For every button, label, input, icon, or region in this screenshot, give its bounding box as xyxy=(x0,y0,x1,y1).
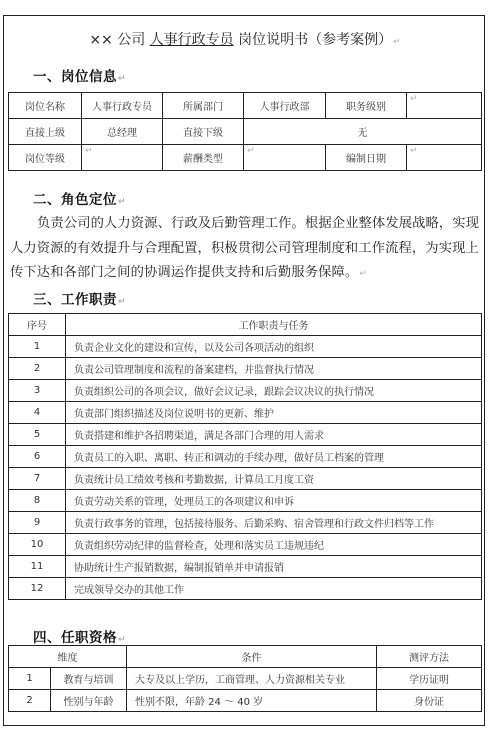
table-row: 12完成领导交办的其他工作 xyxy=(9,578,482,600)
row-number: 1 xyxy=(9,668,51,690)
paragraph-mark-icon: ↵ xyxy=(410,94,418,104)
table-row: 岗位等级 ↵ 薪酬类型 ↵ 编制日期 ↵ xyxy=(9,145,482,171)
row-number: 8 xyxy=(9,490,66,512)
section-heading-duties: 三、工作职责↵ xyxy=(33,288,126,308)
section-heading-job-info: 一、岗位信息↵ xyxy=(33,65,126,85)
condition-cell[interactable]: 大专及以上学历，工商管理、人力资源相关专业 xyxy=(127,668,377,690)
duty-text[interactable]: 负责劳动关系的管理，处理员工的各项建议和申诉 xyxy=(66,490,482,512)
column-header: 工作职责与任务 xyxy=(66,314,482,336)
value-cell-empty[interactable]: ↵ xyxy=(82,145,163,171)
table-row: 9负责行政事务的管理，包括接待服务、后勤采购、宿舍管理和行政文件归档等工作 xyxy=(9,512,482,534)
document-title: ×× 公司 人事行政专员 岗位说明书（参考案例）↵ xyxy=(0,29,490,49)
value-cell[interactable]: 人事行政部 xyxy=(244,93,326,119)
paragraph-mark-icon: ↵ xyxy=(85,146,93,156)
column-header: 测评方法 xyxy=(377,646,482,668)
label-cell: 直接上级 xyxy=(9,119,82,145)
paragraph-mark-icon: ↵ xyxy=(359,269,367,279)
duty-text[interactable]: 完成领导交办的其他工作 xyxy=(66,578,482,600)
row-number: 2 xyxy=(9,358,66,380)
label-cell: 薪酬类型 xyxy=(163,145,244,171)
label-cell: 编制日期 xyxy=(326,145,407,171)
value-cell[interactable]: 总经理 xyxy=(82,119,163,145)
table-row: 1负责企业文化的建设和宣传，以及公司各项活动的组织 xyxy=(9,336,482,358)
duty-text[interactable]: 负责员工的入职、离职、转正和调动的手续办理，做好员工档案的管理 xyxy=(66,446,482,468)
table-row: 8负责劳动关系的管理，处理员工的各项建议和申诉 xyxy=(9,490,482,512)
row-number: 1 xyxy=(9,336,66,358)
row-number: 4 xyxy=(9,402,66,424)
duty-text[interactable]: 负责部门组织描述及岗位说明书的更新、维护 xyxy=(66,402,482,424)
paragraph-mark-icon: ↵ xyxy=(247,146,255,156)
duty-text[interactable]: 负责企业文化的建设和宣传，以及公司各项活动的组织 xyxy=(66,336,482,358)
column-header: 维度 xyxy=(9,646,127,668)
title-role: 人事行政专员 xyxy=(150,32,234,48)
table-row: 4负责部门组织描述及岗位说明书的更新、维护 xyxy=(9,402,482,424)
table-row: 5负责搭建和维护各招聘渠道，满足各部门合理的用人需求 xyxy=(9,424,482,446)
duty-text[interactable]: 负责公司管理制度和流程的备案建档，并监督执行情况 xyxy=(66,358,482,380)
dimension-cell[interactable]: 性别与年龄 xyxy=(51,690,127,712)
table-row: 10负责组织劳动纪律的监督检查，处理和落实员工违规违纪 xyxy=(9,534,482,556)
table-header-row: 序号 工作职责与任务 xyxy=(9,314,482,336)
value-cell-empty[interactable]: ↵ xyxy=(244,145,326,171)
table-row: 1 教育与培训 大专及以上学历，工商管理、人力资源相关专业 学历证明 xyxy=(9,668,482,690)
column-header: 条件 xyxy=(127,646,377,668)
method-cell[interactable]: 身份证 xyxy=(377,690,482,712)
paragraph-mark-icon: ↵ xyxy=(393,37,401,47)
value-cell[interactable]: 无 xyxy=(244,119,482,145)
paragraph-mark-icon: ↵ xyxy=(118,74,126,84)
label-cell: 直接下级 xyxy=(163,119,244,145)
value-cell-empty[interactable]: ↵ xyxy=(407,145,482,171)
row-number: 6 xyxy=(9,446,66,468)
duty-text[interactable]: 负责搭建和维护各招聘渠道，满足各部门合理的用人需求 xyxy=(66,424,482,446)
label-cell: 岗位名称 xyxy=(9,93,82,119)
value-cell[interactable]: 人事行政专员 xyxy=(82,93,163,119)
paragraph-mark-icon: ↵ xyxy=(118,297,126,307)
table-row: 7负责统计员工绩效考核和考勤数据，计算员工月度工资 xyxy=(9,468,482,490)
label-cell: 所属部门 xyxy=(163,93,244,119)
paragraph-mark-icon: ↵ xyxy=(118,197,126,207)
row-number: 7 xyxy=(9,468,66,490)
section-heading-role: 二、角色定位↵ xyxy=(33,188,126,208)
row-number: 5 xyxy=(9,424,66,446)
row-number: 9 xyxy=(9,512,66,534)
method-cell[interactable]: 学历证明 xyxy=(377,668,482,690)
duty-text[interactable]: 协助统计生产报销数据，编制报销单并申请报销 xyxy=(66,556,482,578)
label-cell: 岗位等级 xyxy=(9,145,82,171)
row-number: 3 xyxy=(9,380,66,402)
table-row: 6负责员工的入职、离职、转正和调动的手续办理，做好员工档案的管理 xyxy=(9,446,482,468)
column-header: 序号 xyxy=(9,314,66,336)
table-row: 2负责公司管理制度和流程的备案建档，并监督执行情况 xyxy=(9,358,482,380)
table-row: 直接上级 总经理 直接下级 无 xyxy=(9,119,482,145)
duty-text[interactable]: 负责组织公司的各项会议，做好会议记录，跟踪会议决议的执行情况 xyxy=(66,380,482,402)
table-row: 11协助统计生产报销数据，编制报销单并申请报销 xyxy=(9,556,482,578)
job-info-table: 岗位名称 人事行政专员 所属部门 人事行政部 职务级别 ↵ 直接上级 总经理 直… xyxy=(8,92,482,171)
role-paragraph: 负责公司的人力资源、行政及后勤管理工作。根据企业整体发展战略，实现人力资源的有效… xyxy=(10,212,486,287)
label-cell: 职务级别 xyxy=(326,93,407,119)
paragraph-mark-icon: ↵ xyxy=(410,146,418,156)
duty-text[interactable]: 负责行政事务的管理，包括接待服务、后勤采购、宿舍管理和行政文件归档等工作 xyxy=(66,512,482,534)
row-number: 10 xyxy=(9,534,66,556)
row-number: 12 xyxy=(9,578,66,600)
duties-table: 序号 工作职责与任务 1负责企业文化的建设和宣传，以及公司各项活动的组织 2负责… xyxy=(8,313,482,600)
table-row: 2 性别与年龄 性别不限，年龄 24 ～ 40 岁 身份证 xyxy=(9,690,482,712)
table-header-row: 维度 条件 测评方法 xyxy=(9,646,482,668)
row-number: 11 xyxy=(9,556,66,578)
condition-cell[interactable]: 性别不限，年龄 24 ～ 40 岁 xyxy=(127,690,377,712)
duty-text[interactable]: 负责组织劳动纪律的监督检查，处理和落实员工违规违纪 xyxy=(66,534,482,556)
paragraph-mark-icon: ↵ xyxy=(118,635,126,645)
duty-text[interactable]: 负责统计员工绩效考核和考勤数据，计算员工月度工资 xyxy=(66,468,482,490)
table-row: 3负责组织公司的各项会议，做好会议记录，跟踪会议决议的执行情况 xyxy=(9,380,482,402)
section-heading-qualifications: 四、任职资格↵ xyxy=(33,626,126,646)
qualifications-table: 维度 条件 测评方法 1 教育与培训 大专及以上学历，工商管理、人力资源相关专业… xyxy=(8,645,482,712)
value-cell-empty[interactable]: ↵ xyxy=(407,93,482,119)
title-suffix: 岗位说明书（参考案例） xyxy=(238,32,392,48)
dimension-cell[interactable]: 教育与培训 xyxy=(51,668,127,690)
title-company: ×× 公司 xyxy=(89,32,145,48)
row-number: 2 xyxy=(9,690,51,712)
table-row: 岗位名称 人事行政专员 所属部门 人事行政部 职务级别 ↵ xyxy=(9,93,482,119)
